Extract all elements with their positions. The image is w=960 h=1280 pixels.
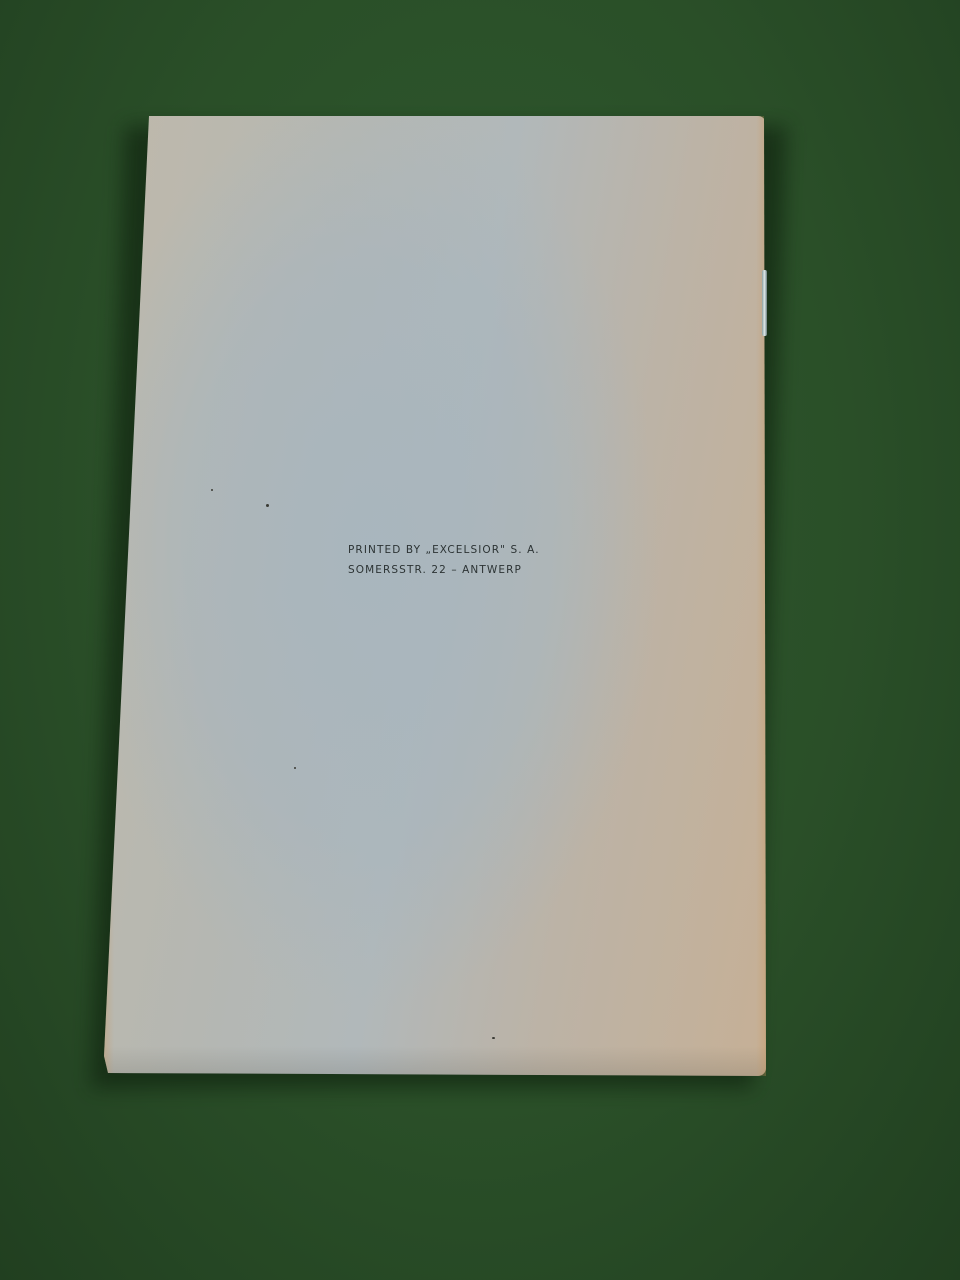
paper-speck <box>294 767 296 769</box>
booklet-photo: PRINTED BY „EXCELSIOR" S. A. SOMERSSTR. … <box>0 0 960 1280</box>
paper-speck <box>211 489 213 491</box>
imprint-line-2: SOMERSSTR. 22 – ANTWERP <box>348 560 548 580</box>
back-cover <box>104 116 766 1076</box>
imprint-line-1: PRINTED BY „EXCELSIOR" S. A. <box>348 540 548 560</box>
printer-imprint: PRINTED BY „EXCELSIOR" S. A. SOMERSSTR. … <box>348 540 548 580</box>
paper-speck <box>492 1037 495 1039</box>
paper-speck <box>266 504 269 507</box>
staple-edge <box>762 270 767 336</box>
